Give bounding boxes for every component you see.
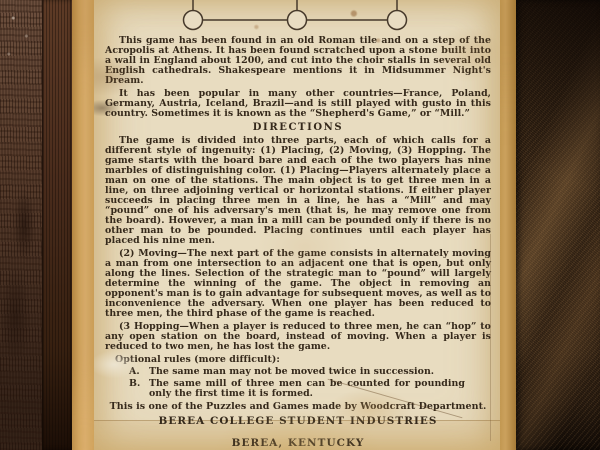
directions-paragraph-placing: The game is divided into three parts, ea… xyxy=(105,136,491,246)
wood-frame-left xyxy=(42,0,75,450)
tape-border-left xyxy=(72,0,96,450)
station-circle xyxy=(288,11,307,30)
station-circle xyxy=(184,11,203,30)
rule-a-text: The same man may not be moved twice in s… xyxy=(149,367,491,377)
station-circle xyxy=(388,11,407,30)
credit-line: This is one of the Puzzles and Games mad… xyxy=(105,402,491,412)
optional-rule-b: B. The same mill of three men can be cou… xyxy=(129,379,491,399)
framed-instruction-sheet-photo: This game has been found in an old Roman… xyxy=(0,0,600,450)
rule-b-label: B. xyxy=(129,379,149,399)
paper-crease xyxy=(490,234,491,441)
directions-paragraph-hopping: (3 Hopping—When a player is reduced to t… xyxy=(105,322,491,352)
publisher-location: BEREA, KENTUCKY xyxy=(105,437,491,449)
intro-paragraph-history: This game has been found in an old Roman… xyxy=(105,36,491,86)
document-text: This game has been found in an old Roman… xyxy=(105,36,491,449)
rule-a-label: A. xyxy=(129,367,149,377)
intro-paragraph-popularity: It has been popular in many other countr… xyxy=(105,89,491,119)
directions-paragraph-moving: (2) Moving—The next part of the game con… xyxy=(105,249,491,319)
publisher-name: BEREA COLLEGE STUDENT INDUSTRIES xyxy=(105,415,491,427)
wood-frame-right xyxy=(516,0,600,450)
optional-rules-intro: Optional rules (more difficult): xyxy=(115,355,491,365)
optional-rule-a: A. The same man may not be moved twice i… xyxy=(129,367,491,377)
instruction-paper: This game has been found in an old Roman… xyxy=(94,0,500,450)
rule-b-text: The same mill of three men can be counte… xyxy=(149,379,491,399)
board-diagram xyxy=(94,0,500,34)
wood-frame-left-outer xyxy=(0,0,44,450)
directions-heading: DIRECTIONS xyxy=(105,122,491,133)
